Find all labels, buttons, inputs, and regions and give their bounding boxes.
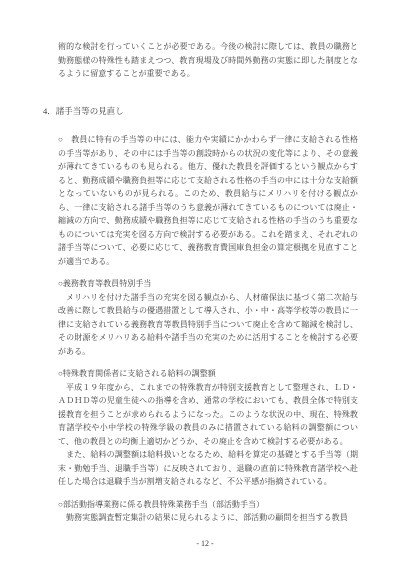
subsection-title: ○特殊教育関係者に支給される給料の調整額: [58, 367, 358, 381]
subsection-title: ○義務教育等教員特別手当: [58, 277, 358, 291]
subsection-paragraph: 平成１９年度から、これまでの特殊教育が特別支援教育として整理され、ＬＤ・ＡＤＨＤ…: [58, 381, 358, 449]
intro-continuation-paragraph: 術的な検討を行っていくことが必要である。今後の検討に際しては、教員の職務と勤務態…: [58, 40, 358, 81]
subsection-kyuryo-choseigaku: ○特殊教育関係者に支給される給料の調整額 平成１９年度から、これまでの特殊教育が…: [58, 367, 358, 489]
section-4-overview-bullet: ○ 教員に特有の手当等の中には、能力や実績にかかわらず一律に支給される性格の手当…: [58, 133, 358, 268]
page-number: - 12 -: [0, 537, 410, 551]
subsection-paragraph: メリハリを付けた諸手当の充実を図る観点から、人材確保法に基づく第二次給与改善に際…: [58, 291, 358, 359]
subsection-bukatsudo-teate: ○部活動指導業務に係る教員特殊業務手当（部活動手当） 勤務実態調査暫定集計の結果…: [58, 498, 358, 525]
subsection-paragraph: また、給料の調整額は給料扱いとなるため、給料を算定の基礎とする手当等（期末・勤勉…: [58, 448, 358, 489]
document-page: 術的な検討を行っていくことが必要である。今後の検討に際しては、教員の職務と勤務態…: [0, 0, 410, 580]
section-4-heading: 4．諸手当等の見直し: [43, 105, 358, 119]
subsection-title: ○部活動指導業務に係る教員特殊業務手当（部活動手当）: [58, 498, 358, 512]
subsection-gimu-kyoiku-tokubetsu-teate: ○義務教育等教員特別手当 メリハリを付けた諸手当の充実を図る観点から、人材確保法…: [58, 277, 358, 358]
subsection-paragraph: 勤務実態調査暫定集計の結果に見られるように、部活動の顧問を担当する教員: [58, 511, 358, 525]
